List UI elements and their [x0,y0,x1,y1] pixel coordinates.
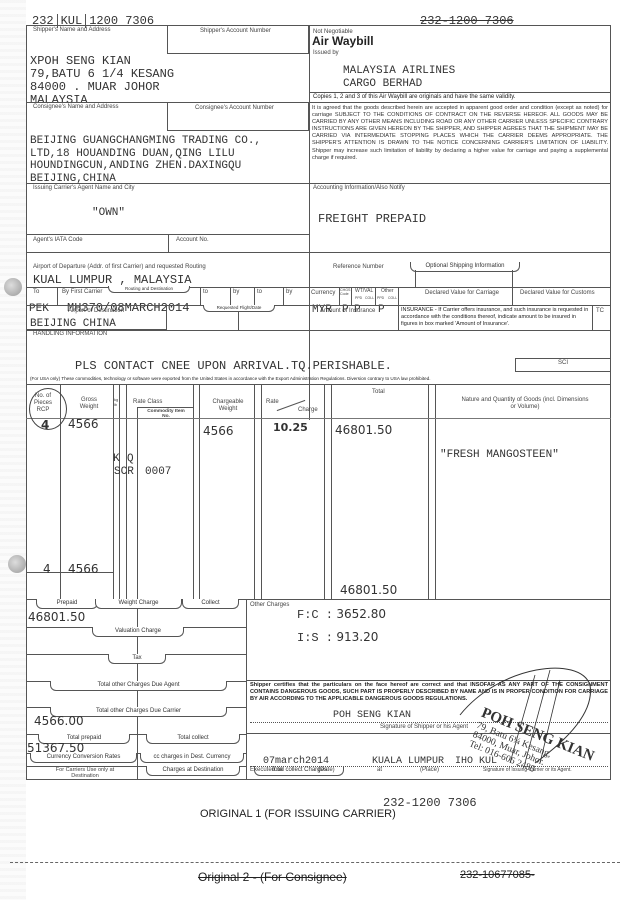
destination-label: Airport of Destination [68,308,124,314]
valuation-tab: Valuation Charge [92,627,184,637]
reference-number-label: Reference Number [333,264,384,270]
wtval-label: WT/VAL [355,288,373,294]
kg-value: K [113,453,120,465]
commodity-no-value: 0007 [145,466,171,478]
strike-number: 232-10677085- [460,869,535,881]
consignee-account-label: Consignee's Account Number [195,105,274,111]
punch-hole [4,278,22,296]
other-ppd: PPD [377,296,384,300]
destination-value: BEIJING CHINA [30,318,116,330]
sci-label: SCI [558,360,568,366]
by3-label: by [286,289,292,295]
handling-value: PLS CONTACT CNEE UPON ARRIVAL.TQ.PERISHA… [75,359,392,373]
carriers-use-label: For Carriers Use only at Destination [45,767,125,779]
gross-weight-header: Gross Weight [76,397,102,411]
amount-insurance-label: Amount of Insurance [320,308,375,314]
rate-header: Rate [266,399,279,405]
charge-header: Charge [298,407,318,413]
account-no-label: Account No. [176,237,209,243]
tax-tab: Tax [108,654,166,664]
gross-weight-value: 4566 [68,417,99,431]
chgs-code-label: CHGS Code [340,288,350,296]
prepaid-tab: Prepaid [36,599,98,609]
cc-dest-tab: cc charges in Dest. Currency [140,753,244,763]
departure-label: Airport of Departure (Addr. of first Car… [33,264,206,270]
rate-class-q: Q [127,453,134,465]
pieces-value: 4 [41,418,49,432]
wtval-ppd: PPD [355,296,362,300]
executed-on-label: Executed on [250,767,283,773]
commodity-header: Commodity Item No. [146,409,186,419]
handling-label: HANDLING INFORMATION [33,331,107,337]
conversion-tab: Currency Conversion Rates [30,753,137,763]
agent-label: Issuing Carrier's Agent Name and City [33,185,135,191]
shipper-label: Shipper's Name and Address [33,27,111,33]
punch-hole [8,555,26,573]
total-header: Total [372,389,385,395]
decl-customs-label: Declared Value for Customs [520,290,595,296]
departure-value: KUAL LUMPUR , MALAYSIA [33,273,191,287]
other-charge-fc: F:C : 3652.80 [297,607,386,622]
doc-title: Air Waybill [312,34,374,48]
to2-label: to [203,289,208,295]
to3-label: to [257,289,262,295]
accounting-value: FREIGHT PREPAID [318,212,426,226]
total-pieces: 4 [43,562,51,576]
issuer: MALAYSIA AIRLINESCARGO BERHAD [343,65,455,91]
first-carrier-label: By First Carrier [62,289,102,295]
optional-shipping-tab: Optional Shipping Information [410,262,520,272]
other-charges-label: Other Charges [250,602,289,608]
tear-line [10,862,620,863]
weight-charge-prepaid: 46801.50 [28,610,85,624]
rate-class-header: Rate Class [133,399,162,405]
by2-label: by [233,289,239,295]
at-label: at [377,767,382,773]
scr-value: SCR [114,466,134,478]
collect-tab: Collect [182,599,239,609]
total-value: 46801.50 [335,423,392,437]
footer-awb-number: 232-1200 7306 [383,796,477,810]
accounting-label: Accounting Information/Also Notify [313,185,405,191]
grand-total: 46801.50 [340,583,397,597]
shipper-address: XPOH SENG KIAN79,BATU 6 1/4 KESANG84000 … [30,55,174,107]
decl-carriage-label: Declared Value for Carriage [425,290,499,296]
to-label: To [33,289,39,295]
rate-value: 10.25 [273,421,308,434]
issued-by-label: Issued by [313,50,339,56]
wtval-coll: COLL [365,296,374,300]
original1-label: ORIGINAL 1 (FOR ISSUING CARRIER) [200,808,396,820]
total-collect-tab: Total collect [146,734,240,744]
chargeable-weight-value: 4566 [203,424,234,438]
charges-dest-tab: Charges at Destination [146,766,240,776]
place-label: (Place) [420,767,439,773]
other-label: Other [381,288,394,294]
date-label: (Date) [318,767,335,773]
insurance-note: INSURANCE - If Carrier offers insurance,… [401,307,591,327]
due-carrier-value: 4566.00 [34,714,84,728]
agent-iata-label: Agent's IATA Code [33,237,83,243]
weight-charge-tab: Weight Charge [95,599,182,609]
nature-header: Nature and Quantity of Goods (incl. Dime… [460,397,590,411]
agent-value: "OWN" [92,207,125,219]
currency-label: Currency [311,290,335,296]
total-gross-weight: 4566 [68,562,99,576]
usa-note: (For USA only) These commodities, techno… [30,376,431,381]
conditions-text: It is agreed that the goods described he… [312,105,608,162]
scan-edge-noise [0,0,26,900]
copies-note: Copies 1, 2 and 3 of this Air Waybill ar… [313,94,515,100]
consignee-address: BEIJING GUANGCHANGMING TRADING CO.,LTD,1… [30,135,261,185]
flight-date-tab: Requested Flight/Date [203,305,275,312]
nature-value: "FRESH MANGOSTEEN" [440,449,559,461]
other-charge-is: I:S : 913.20 [297,630,378,645]
routing-destination-tab: Routing and Destination [108,286,190,293]
due-agent-tab: Total other Charges Due Agent [50,681,227,691]
shipper-signature: POH SENG KIAN [333,710,411,721]
shipper-account-label: Shipper's Account Number [200,28,271,34]
original2-label: Original 2 - (For Consignee) [198,870,347,884]
tc-label: TC [596,308,604,314]
kg-lb-header: kg lb [114,397,119,407]
other-coll: COLL [388,296,397,300]
consignee-label: Consignee's Name and Address [33,104,119,110]
chargeable-weight-header: Chargeable Weight [208,399,248,413]
